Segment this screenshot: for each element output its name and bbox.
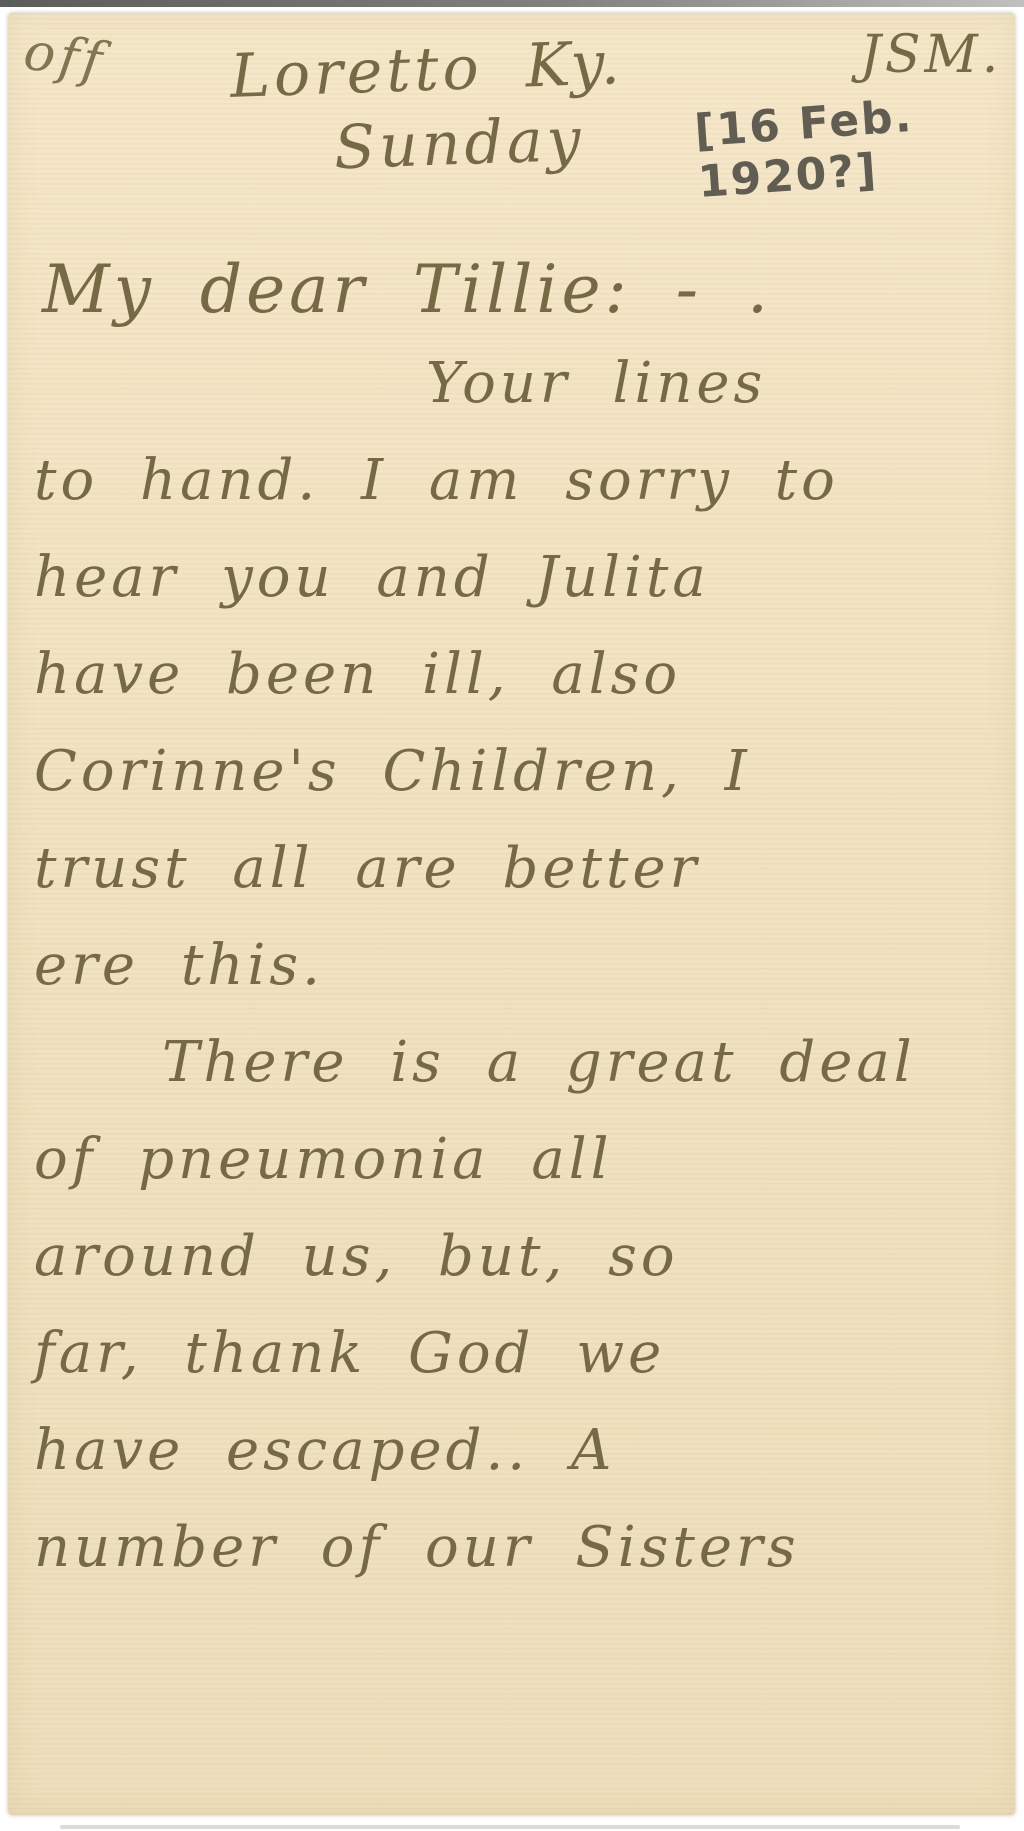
place-line: Loretto Ky. <box>229 28 625 112</box>
letter-page: off Loretto Ky. JSM. Sunday [16 Feb. 192… <box>8 13 1015 1815</box>
day-line: Sunday <box>333 105 586 184</box>
body-line: ere this. <box>34 917 995 1014</box>
body-line: have been ill, also <box>34 626 995 723</box>
body-line: to hand. I am sorry to <box>34 432 995 529</box>
body-line: trust all are better <box>34 820 995 917</box>
body-line: hear you and Julita <box>34 529 995 626</box>
body-line: far, thank God we <box>34 1305 995 1402</box>
body-line: There is a great deal <box>162 1014 995 1111</box>
scan-top-edge <box>0 0 1024 7</box>
body-line: have escaped.. A <box>34 1402 995 1499</box>
monogram: JSM. <box>860 25 1002 85</box>
body-line: Corinne's Children, I <box>34 723 995 820</box>
body-line: around us, but, so <box>34 1208 995 1305</box>
corner-note: off <box>20 22 109 93</box>
date-annotation: [16 Feb. 1920?] <box>693 84 1018 208</box>
body-line: Your lines <box>426 335 995 432</box>
salutation: My dear Tillie: - . <box>42 251 772 328</box>
body-line: of pneumonia all <box>34 1111 995 1208</box>
scan-bottom-edge <box>60 1825 960 1829</box>
scan-background: off Loretto Ky. JSM. Sunday [16 Feb. 192… <box>0 0 1024 1831</box>
letter-body: Your lines to hand. I am sorry to hear y… <box>34 335 995 1596</box>
body-line: number of our Sisters <box>34 1499 995 1596</box>
